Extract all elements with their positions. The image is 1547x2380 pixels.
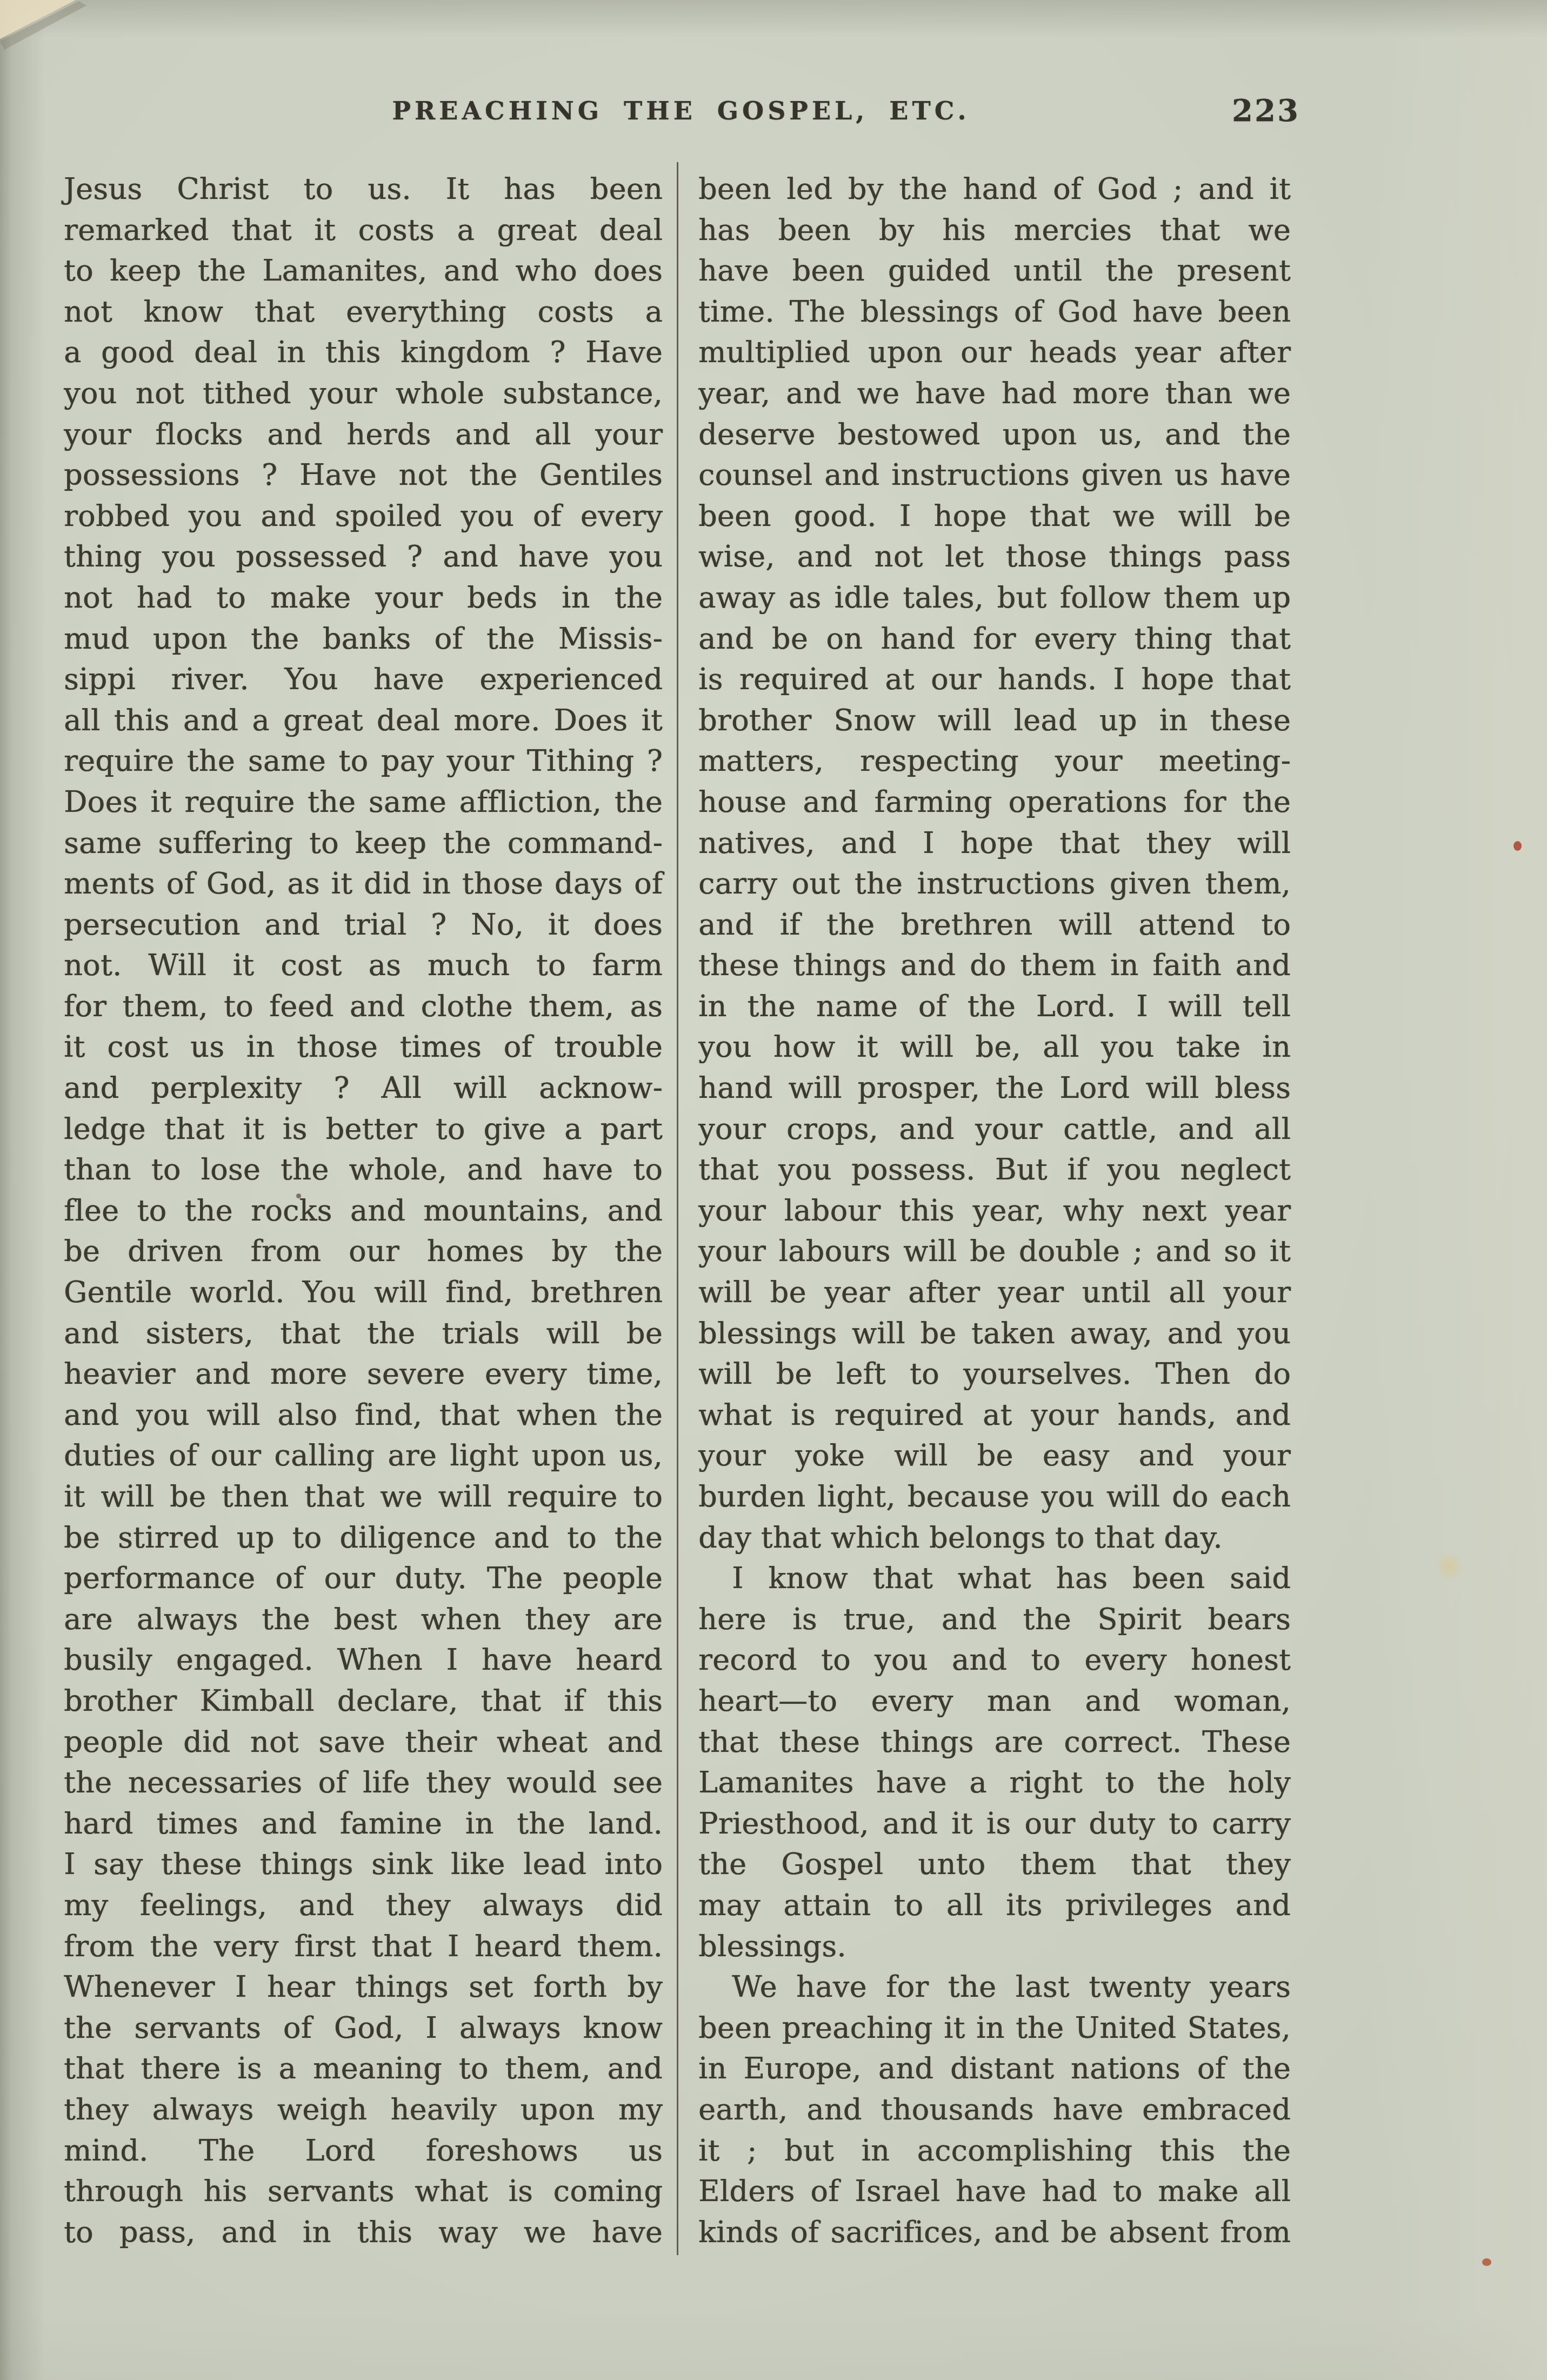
text-line: has been by his mercies that we (698, 210, 1291, 251)
text-line: Jesus Christ to us. It has been (64, 169, 663, 210)
text-line: earth, and thousands have embraced (698, 2089, 1291, 2130)
text-line: it will be then that we will require to (64, 1476, 663, 1517)
text-line: and perplexity ? All will acknow- (64, 1068, 663, 1109)
text-line: what is required at your hands, and (698, 1395, 1291, 1436)
text-line: not know that everything costs a (64, 291, 663, 332)
text-line: may attain to all its privileges and (698, 1885, 1291, 1926)
text-line: kinds of sacrifices, and be absent from (698, 2212, 1291, 2253)
red-ink-speck (1482, 2258, 1491, 2266)
text-line: for them, to feed and clothe them, as (64, 986, 663, 1027)
text-line: been led by the hand of God ; and it (698, 169, 1291, 210)
text-line: away as idle tales, but follow them up (698, 577, 1291, 618)
text-line: here is true, and the Spirit bears (698, 1599, 1291, 1640)
book-page-scan: PREACHING THE GOSPEL, ETC. 223 Jesus Chr… (0, 0, 1547, 2380)
text-line: not. Will it cost as much to farm (64, 945, 663, 986)
text-line: the necessaries of life they would see (64, 1762, 663, 1803)
text-line: be stirred up to diligence and to the (64, 1517, 663, 1558)
column-divider-rule (677, 162, 678, 2255)
text-line: Gentile world. You will find, brethren (64, 1272, 663, 1313)
text-line: been good. I hope that we will be (698, 496, 1291, 537)
text-line: thing you possessed ? and have you (64, 536, 663, 577)
text-line: performance of our duty. The people (64, 1558, 663, 1599)
text-line: require the same to pay your Tithing ? (64, 741, 663, 782)
text-line: matters, respecting your meeting- (698, 741, 1291, 782)
text-line: will be year after year until all your (698, 1272, 1291, 1313)
text-line: have been guided until the present (698, 250, 1291, 291)
text-line: I know that what has been said (698, 1558, 1291, 1599)
text-line: that there is a meaning to them, and (64, 2048, 663, 2089)
text-line: than to lose the whole, and have to (64, 1149, 663, 1190)
text-line: possessions ? Have not the Gentiles (64, 455, 663, 496)
text-line: persecution and trial ? No, it does (64, 904, 663, 945)
text-line: the servants of God, I always know (64, 2008, 663, 2049)
text-line: counsel and instructions given us have (698, 455, 1291, 496)
text-line: Priesthood, and it is our duty to carry (698, 1803, 1291, 1844)
text-line: Whenever I hear things set forth by (64, 1966, 663, 2008)
text-line: ledge that it is better to give a part (64, 1109, 663, 1150)
text-line: will be left to yourselves. Then do (698, 1354, 1291, 1395)
text-line: brother Snow will lead up in these (698, 700, 1291, 741)
ink-dot-blemish (296, 1194, 301, 1198)
text-line: is required at our hands. I hope that (698, 659, 1291, 700)
text-line: We have for the last twenty years (698, 1966, 1291, 2008)
text-line: duties of our calling are light upon us, (64, 1435, 663, 1476)
red-ink-speck (1513, 841, 1522, 851)
text-line: your labour this year, why next year (698, 1190, 1291, 1231)
paper-stain (1433, 1552, 1465, 1581)
text-line: heavier and more severe every time, (64, 1354, 663, 1395)
text-line: that you possess. But if you neglect (698, 1149, 1291, 1190)
text-line: mind. The Lord foreshows us (64, 2130, 663, 2171)
text-line: your labours will be double ; and so it (698, 1231, 1291, 1272)
text-line: the Gospel unto them that they (698, 1844, 1291, 1885)
text-line: my feelings, and they always did (64, 1885, 663, 1926)
text-line: same suffering to keep the command- (64, 823, 663, 864)
text-line: in Europe, and distant nations of the (698, 2048, 1291, 2089)
text-line: blessings. (698, 1926, 1291, 1967)
text-line: through his servants what is coming (64, 2171, 663, 2212)
text-line: day that which belongs to that day. (698, 1517, 1291, 1558)
text-line: your yoke will be easy and your (698, 1435, 1291, 1476)
text-line: Does it require the same affliction, the (64, 782, 663, 823)
text-line: you how it will be, all you take in (698, 1026, 1291, 1068)
right-column: been led by the hand of God ; and ithas … (698, 169, 1291, 2252)
text-line: to pass, and in this way we have (64, 2212, 663, 2253)
text-line: natives, and I hope that they will (698, 823, 1291, 864)
text-line: in the name of the Lord. I will tell (698, 986, 1291, 1027)
text-line: I say these things sink like lead into (64, 1844, 663, 1885)
text-line: be driven from our homes by the (64, 1231, 663, 1272)
text-line: all this and a great deal more. Does it (64, 700, 663, 741)
text-line: robbed you and spoiled you of every (64, 496, 663, 537)
text-line: and sisters, that the trials will be (64, 1313, 663, 1354)
text-line: house and farming operations for the (698, 782, 1291, 823)
text-line: your crops, and your cattle, and all (698, 1109, 1291, 1150)
text-line: been preaching it in the United States, (698, 2008, 1291, 2049)
text-line: not had to make your beds in the (64, 577, 663, 618)
text-line: mud upon the banks of the Missis- (64, 618, 663, 659)
text-line: are always the best when they are (64, 1599, 663, 1640)
text-block: Jesus Christ to us. It has beenremarked … (0, 0, 1547, 2380)
text-line: that these things are correct. These (698, 1722, 1291, 1763)
text-line: sippi river. You have experienced (64, 659, 663, 700)
text-line: Elders of Israel have had to make all (698, 2171, 1291, 2212)
text-line: your flocks and herds and all your (64, 414, 663, 455)
text-line: busily engaged. When I have heard (64, 1639, 663, 1681)
text-line: hand will prosper, the Lord will bless (698, 1068, 1291, 1109)
text-line: ments of God, as it did in those days of (64, 863, 663, 904)
text-line: from the very first that I heard them. (64, 1926, 663, 1967)
text-line: carry out the instructions given them, (698, 863, 1291, 904)
text-line: wise, and not let those things pass (698, 536, 1291, 577)
text-line: time. The blessings of God have been (698, 291, 1291, 332)
text-line: multiplied upon our heads year after (698, 332, 1291, 373)
text-line: heart—to every man and woman, (698, 1681, 1291, 1722)
left-column: Jesus Christ to us. It has beenremarked … (64, 169, 663, 2252)
text-line: remarked that it costs a great deal (64, 210, 663, 251)
text-line: a good deal in this kingdom ? Have (64, 332, 663, 373)
text-line: blessings will be taken away, and you (698, 1313, 1291, 1354)
text-line: Lamanites have a right to the holy (698, 1762, 1291, 1803)
text-line: it cost us in those times of trouble (64, 1026, 663, 1068)
text-line: record to you and to every honest (698, 1639, 1291, 1681)
text-line: it ; but in accomplishing this the (698, 2130, 1291, 2171)
text-line: people did not save their wheat and (64, 1722, 663, 1763)
text-line: and be on hand for every thing that (698, 618, 1291, 659)
text-line: you not tithed your whole substance, (64, 373, 663, 414)
text-line: brother Kimball declare, that if this (64, 1681, 663, 1722)
text-line: to keep the Lamanites, and who does (64, 250, 663, 291)
text-line: year, and we have had more than we (698, 373, 1291, 414)
text-line: deserve bestowed upon us, and the (698, 414, 1291, 455)
text-line: burden light, because you will do each (698, 1476, 1291, 1517)
text-line: and you will also find, that when the (64, 1395, 663, 1436)
text-line: they always weigh heavily upon my (64, 2089, 663, 2130)
text-line: flee to the rocks and mountains, and (64, 1190, 663, 1231)
text-line: hard times and famine in the land. (64, 1803, 663, 1844)
text-line: these things and do them in faith and (698, 945, 1291, 986)
text-line: and if the brethren will attend to (698, 904, 1291, 945)
